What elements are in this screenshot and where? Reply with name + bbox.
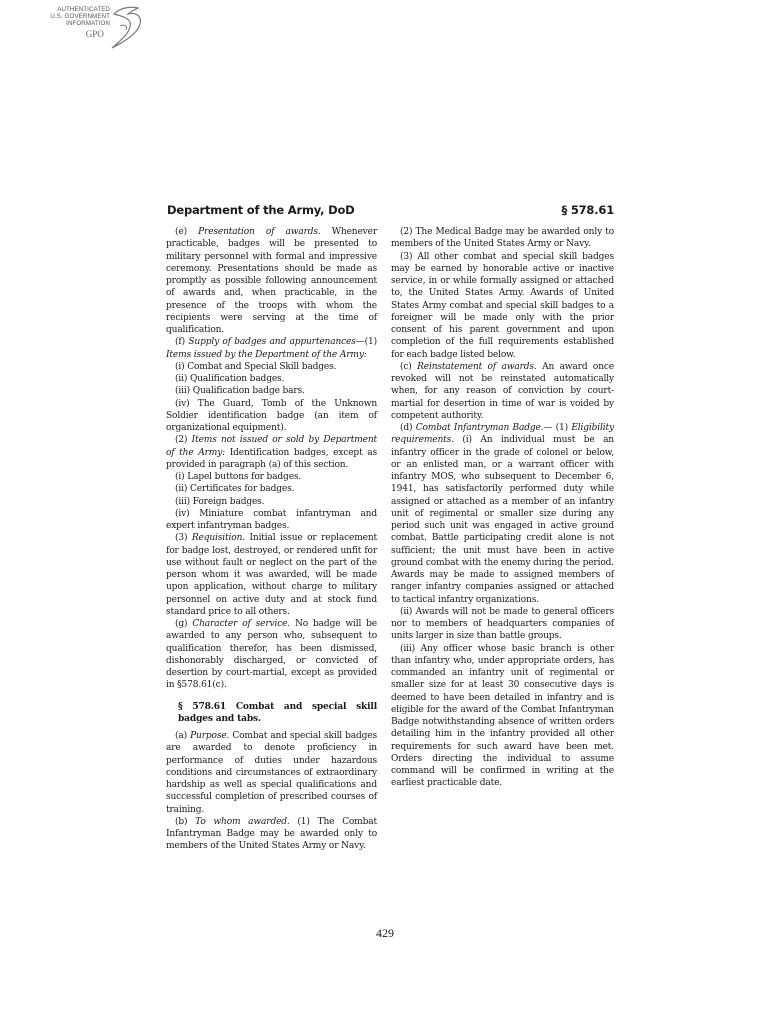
paragraph-f2: (2) Items not issued or sold by Departme… bbox=[166, 434, 377, 471]
list-item: (iii) Foreign badges. bbox=[166, 496, 377, 508]
paragraph-heading: Supply of badges and appurtenances bbox=[188, 337, 355, 347]
running-header: Department of the Army, DoD § 578.61 bbox=[167, 203, 614, 219]
eagle-icon bbox=[106, 4, 146, 54]
right-column: (2) The Medical Badge may be awarded onl… bbox=[391, 226, 614, 790]
paragraph-a: (a) Purpose. Combat and special skill ba… bbox=[166, 730, 377, 816]
logo-line-authenticated: AUTHENTICATED bbox=[14, 6, 110, 13]
paragraph-g: (g) Character of service. No badge will … bbox=[166, 618, 377, 692]
paragraph-c: (c) Reinstatement of awards. An award on… bbox=[391, 361, 614, 422]
gpo-authentication-logo: AUTHENTICATED U.S. GOVERNMENT INFORMATIO… bbox=[14, 4, 144, 52]
paragraph-b3: (3) All other combat and special skill b… bbox=[391, 251, 614, 361]
paragraph-e: (e) Presentation of awards. Whenever pra… bbox=[166, 226, 377, 336]
gpo-logo-text: AUTHENTICATED U.S. GOVERNMENT INFORMATIO… bbox=[14, 6, 110, 40]
paragraph-f: (f) Supply of badges and appurtenances—(… bbox=[166, 336, 377, 361]
paragraph-heading: Presentation of awards. bbox=[198, 227, 321, 237]
page-number: 429 bbox=[370, 926, 400, 941]
paragraph-d-ii: (ii) Awards will not be made to general … bbox=[391, 606, 614, 643]
section-heading: § 578.61 Combat and special skill badges… bbox=[166, 701, 377, 726]
paragraph-b: (b) To whom awarded. (1) The Combat Infa… bbox=[166, 816, 377, 853]
paragraph-heading: Combat Infantryman Badge. bbox=[416, 423, 544, 433]
list-item: (i) Lapel buttons for badges. bbox=[166, 471, 377, 483]
paragraph-d-iii: (iii) Any officer whose basic branch is … bbox=[391, 643, 614, 790]
logo-line-government: U.S. GOVERNMENT bbox=[14, 13, 110, 20]
paragraph-d: (d) Combat Infantryman Badge.— (1) Eligi… bbox=[391, 422, 614, 606]
paragraph-f3: (3) Requisition. Initial issue or replac… bbox=[166, 532, 377, 618]
paragraph-subheading: Items issued by the Department of the Ar… bbox=[166, 350, 367, 360]
paragraph-heading: Purpose. bbox=[190, 731, 229, 741]
left-column: (e) Presentation of awards. Whenever pra… bbox=[166, 226, 377, 853]
list-item: (i) Combat and Special Skill badges. bbox=[166, 361, 377, 373]
logo-line-information: INFORMATION bbox=[14, 20, 110, 27]
list-item: (iv) Miniature combat infantryman and ex… bbox=[166, 508, 377, 533]
paragraph-heading: Reinstatement of awards. bbox=[417, 362, 537, 372]
list-item: (iv) The Guard, Tomb of the Unknown Sold… bbox=[166, 398, 377, 435]
paragraph-heading: Requisition. bbox=[192, 533, 245, 543]
paragraph-heading: To whom awarded. bbox=[195, 817, 289, 827]
section-number: § 578.61 bbox=[561, 203, 614, 217]
paragraph-b2: (2) The Medical Badge may be awarded onl… bbox=[391, 226, 614, 251]
logo-line-gpo: GPO bbox=[14, 28, 104, 40]
list-item: (iii) Qualification badge bars. bbox=[166, 385, 377, 397]
agency-title: Department of the Army, DoD bbox=[167, 203, 355, 217]
list-item: (ii) Certificates for badges. bbox=[166, 483, 377, 495]
paragraph-heading: Character of service. bbox=[192, 619, 290, 629]
list-item: (ii) Qualification badges. bbox=[166, 373, 377, 385]
